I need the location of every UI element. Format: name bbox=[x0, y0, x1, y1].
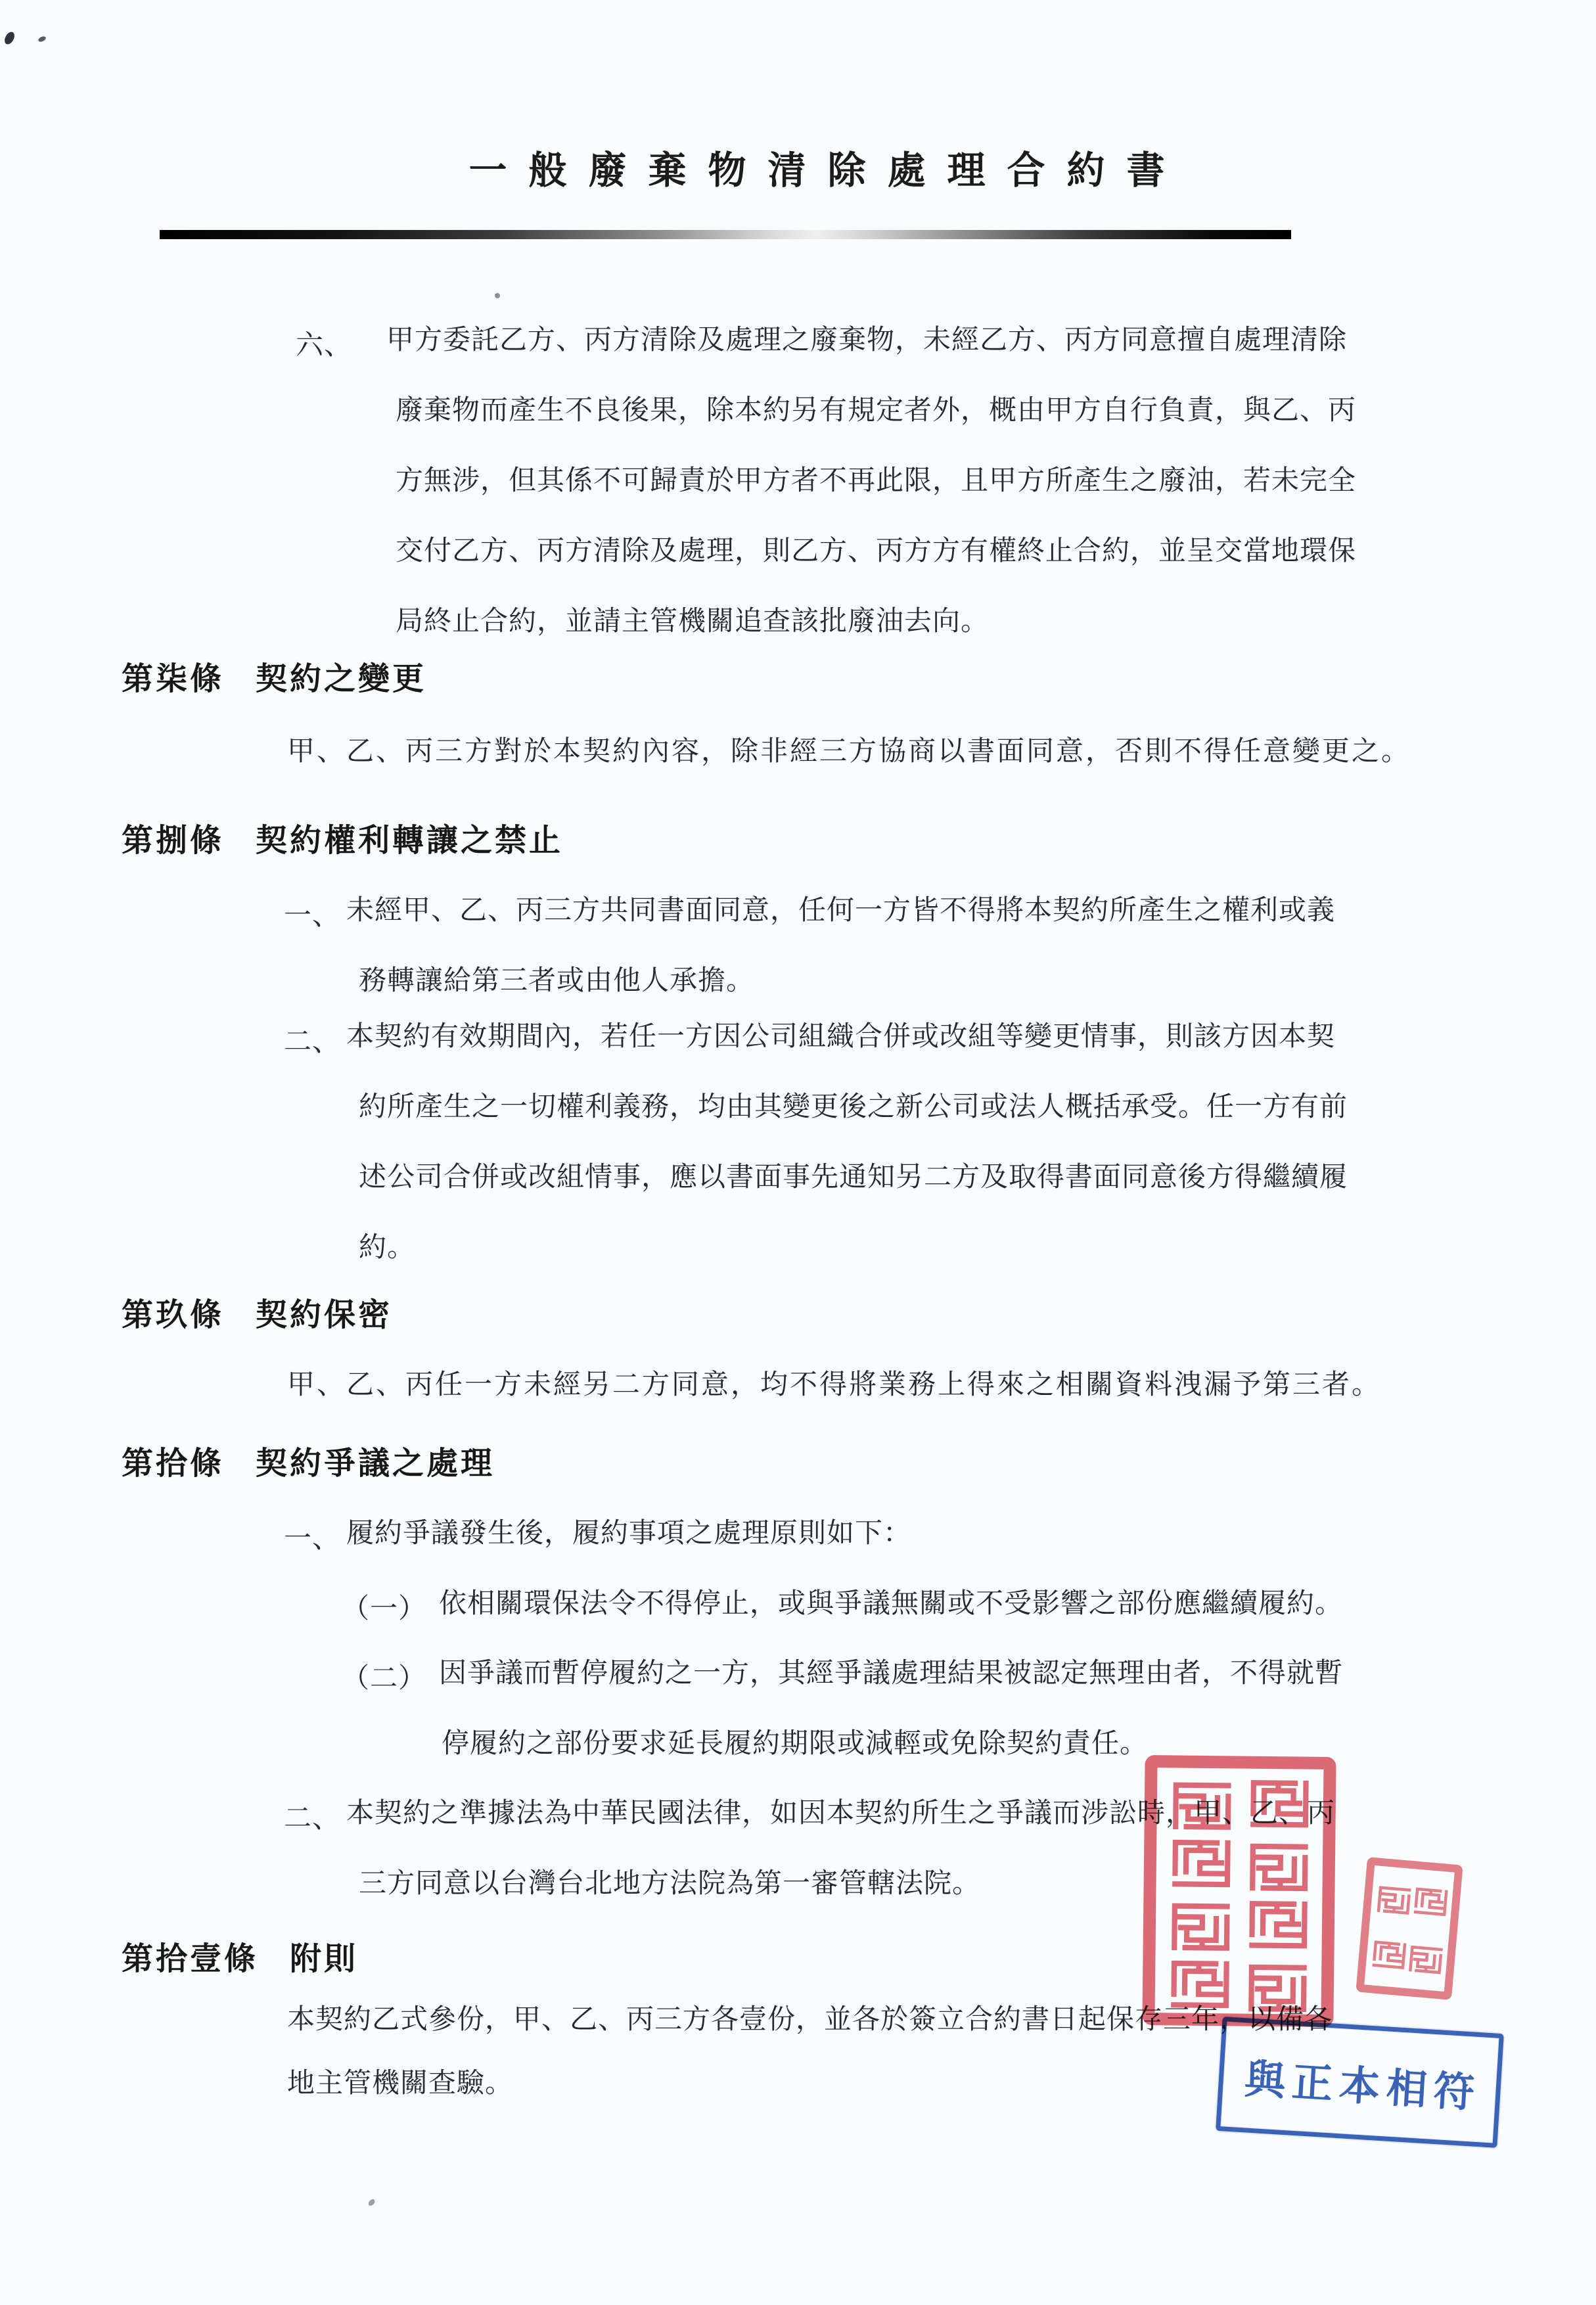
article10-sub2-marker: （二） bbox=[342, 1656, 426, 1696]
article9-title: 契約保密 bbox=[256, 1296, 392, 1333]
article11-title: 附則 bbox=[290, 1940, 358, 1977]
article8-item2-line: 本契約有效期間內，若任一方因公司組織合併或改組等變更情事，則該方因本契 bbox=[346, 1020, 1335, 1053]
article7-body: 甲、乙、丙三方對於本契約內容，除非經三方協商以書面同意，否則不得任意變更之。 bbox=[287, 735, 1411, 767]
article9-number: 第玖條 bbox=[122, 1296, 224, 1333]
scan-speck bbox=[495, 293, 500, 298]
article10-sub2-line: 因爭議而暫停履約之一方，其經爭議處理結果被認定無理由者，不得就暫 bbox=[439, 1656, 1343, 1689]
article10-sub1-line: 依相關環保法令不得停止，或與爭議無關或不受影響之部份應繼續履約。 bbox=[439, 1587, 1343, 1620]
red-secondary-seal-icon bbox=[1354, 1856, 1465, 2001]
clause6-line: 交付乙方、丙方清除及處理，則乙方、丙方方有權終止合約，並呈交當地環保 bbox=[396, 534, 1356, 567]
article8-item2-line: 約所產生之一切權利義務，均由其變更後之新公司或法人概括承受。任一方有前 bbox=[359, 1090, 1348, 1123]
article10-item2-line: 三方同意以台灣台北地方法院為第一審管轄法院。 bbox=[359, 1867, 980, 1900]
document-title: 一般廢棄物清除處理合約書 bbox=[30, 139, 1596, 194]
clause6-line: 方無涉，但其係不可歸責於甲方者不再此限，且甲方所產生之廢油，若未完全 bbox=[396, 464, 1356, 497]
copy-certification-stamp: 與正本相符 bbox=[1216, 2017, 1504, 2148]
article8-item1-line: 務轉讓給第三者或由他人承擔。 bbox=[359, 964, 754, 997]
article8-title: 契約權利轉讓之禁止 bbox=[256, 822, 563, 859]
article9-body: 甲、乙、丙任一方未經另二方同意，均不得將業務上得來之相關資料洩漏予第三者。 bbox=[287, 1368, 1381, 1401]
article10-title: 契約爭議之處理 bbox=[256, 1445, 495, 1482]
article10-heading: 第拾條契約爭議之處理 bbox=[122, 1438, 495, 1483]
red-company-seal-icon bbox=[1142, 1754, 1336, 2027]
clause6-line: 甲方委託乙方、丙方清除及處理之廢棄物，未經乙方、丙方同意擅自處理清除 bbox=[386, 323, 1347, 356]
article8-number: 第捌條 bbox=[122, 822, 224, 859]
contract-document-page: 一般廢棄物清除處理合約書 六、 甲方委託乙方、丙方清除及處理之廢棄物，未經乙方、… bbox=[0, 0, 1596, 2305]
article8-item2-marker: 二、 bbox=[284, 1020, 340, 1059]
article10-sub1-marker: （一） bbox=[342, 1587, 426, 1626]
article10-number: 第拾條 bbox=[122, 1445, 224, 1482]
scan-speck bbox=[37, 35, 47, 43]
article8-item2-line: 約。 bbox=[359, 1231, 415, 1264]
article10-item1-line: 履約爭議發生後，履約事項之處理原則如下： bbox=[346, 1517, 911, 1549]
copy-certification-stamp-text: 與正本相符 bbox=[1237, 2045, 1483, 2118]
article7-number: 第柒條 bbox=[122, 660, 224, 697]
article8-item1-line: 未經甲、乙、丙三方共同書面同意，任何一方皆不得將本契約所產生之權利或義 bbox=[346, 894, 1335, 926]
article11-number: 第拾壹條 bbox=[122, 1940, 258, 1977]
article10-item1-marker: 一、 bbox=[284, 1517, 340, 1556]
scan-speck bbox=[367, 2199, 376, 2206]
scan-speck bbox=[3, 30, 16, 45]
article9-heading: 第玖條契約保密 bbox=[122, 1289, 392, 1335]
article8-item1-marker: 一、 bbox=[284, 894, 340, 933]
article8-heading: 第捌條契約權利轉讓之禁止 bbox=[122, 815, 563, 860]
clause6-line: 廢棄物而產生不良後果，除本約另有規定者外，概由甲方自行負責，與乙、丙 bbox=[396, 394, 1356, 426]
article10-sub2-line: 停履約之部份要求延長履約期限或減輕或免除契約責任。 bbox=[442, 1727, 1148, 1760]
article11-line: 地主管機關查驗。 bbox=[287, 2066, 513, 2099]
article7-heading: 第柒條契約之變更 bbox=[122, 653, 426, 698]
title-divider-rule bbox=[160, 230, 1291, 239]
article8-item2-line: 述公司合併或改組情事，應以書面事先通知另二方及取得書面同意後方得繼續履 bbox=[359, 1160, 1348, 1193]
clause6-line: 局終止合約，並請主管機關追查該批廢油去向。 bbox=[396, 605, 989, 637]
article10-item2-marker: 二、 bbox=[284, 1796, 340, 1836]
article7-title: 契約之變更 bbox=[256, 660, 426, 697]
clause6-marker: 六、 bbox=[296, 323, 352, 363]
article11-heading: 第拾壹條附則 bbox=[122, 1933, 358, 1978]
